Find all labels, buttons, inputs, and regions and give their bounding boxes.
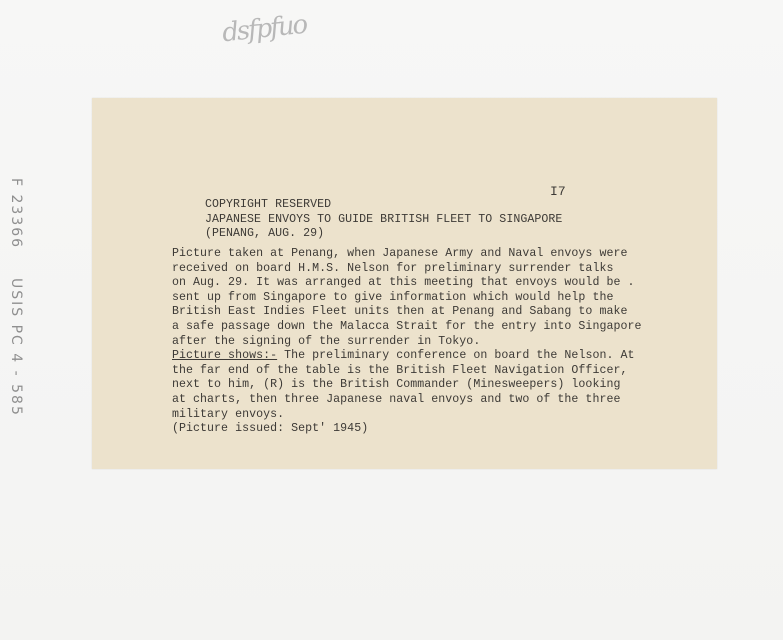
caption-dateline: (PENANG, AUG. 29) [205, 227, 562, 242]
body-line: the far end of the table is the British … [172, 364, 642, 379]
body-line: military envoys. [172, 408, 642, 423]
body-line: on Aug. 29. It was arranged at this meet… [172, 276, 642, 291]
body-line: next to him, (R) is the British Commande… [172, 378, 642, 393]
body-line: after the signing of the surrender in To… [172, 335, 642, 350]
archive-number: F 23366 [8, 178, 24, 249]
body-line: at charts, then three Japanese naval env… [172, 393, 642, 408]
picture-shows-text: The preliminary conference on board the … [277, 349, 634, 362]
photo-mount-card: dsfpfuo F 23366 USIS PC 4 - 585 I7 COPYR… [0, 0, 783, 640]
body-line: Picture taken at Penang, when Japanese A… [172, 247, 642, 262]
body-line: a safe passage down the Malacca Strait f… [172, 320, 642, 335]
picture-shows-label: Picture shows:- [172, 349, 277, 362]
issued-date-line: (Picture issued: Sept' 1945) [172, 422, 642, 437]
caption-body: Picture taken at Penang, when Japanese A… [172, 247, 642, 437]
handwritten-side-notes: F 23366 USIS PC 4 - 585 [8, 178, 24, 438]
caption-title: JAPANESE ENVOYS TO GUIDE BRITISH FLEET T… [205, 213, 562, 228]
usis-reference: USIS PC 4 - 585 [8, 278, 24, 417]
handwritten-signature: dsfpfuo [221, 10, 308, 49]
caption-header: COPYRIGHT RESERVEDJAPANESE ENVOYS TO GUI… [205, 198, 562, 242]
body-line: sent up from Singapore to give informati… [172, 291, 642, 306]
typed-caption-slip: I7 COPYRIGHT RESERVEDJAPANESE ENVOYS TO … [92, 98, 717, 469]
body-line: British East Indies Fleet units then at … [172, 305, 642, 320]
body-line: received on board H.M.S. Nelson for prel… [172, 262, 642, 277]
picture-shows-line: Picture shows:- The preliminary conferen… [172, 349, 642, 364]
copyright-line: COPYRIGHT RESERVED [205, 198, 562, 213]
